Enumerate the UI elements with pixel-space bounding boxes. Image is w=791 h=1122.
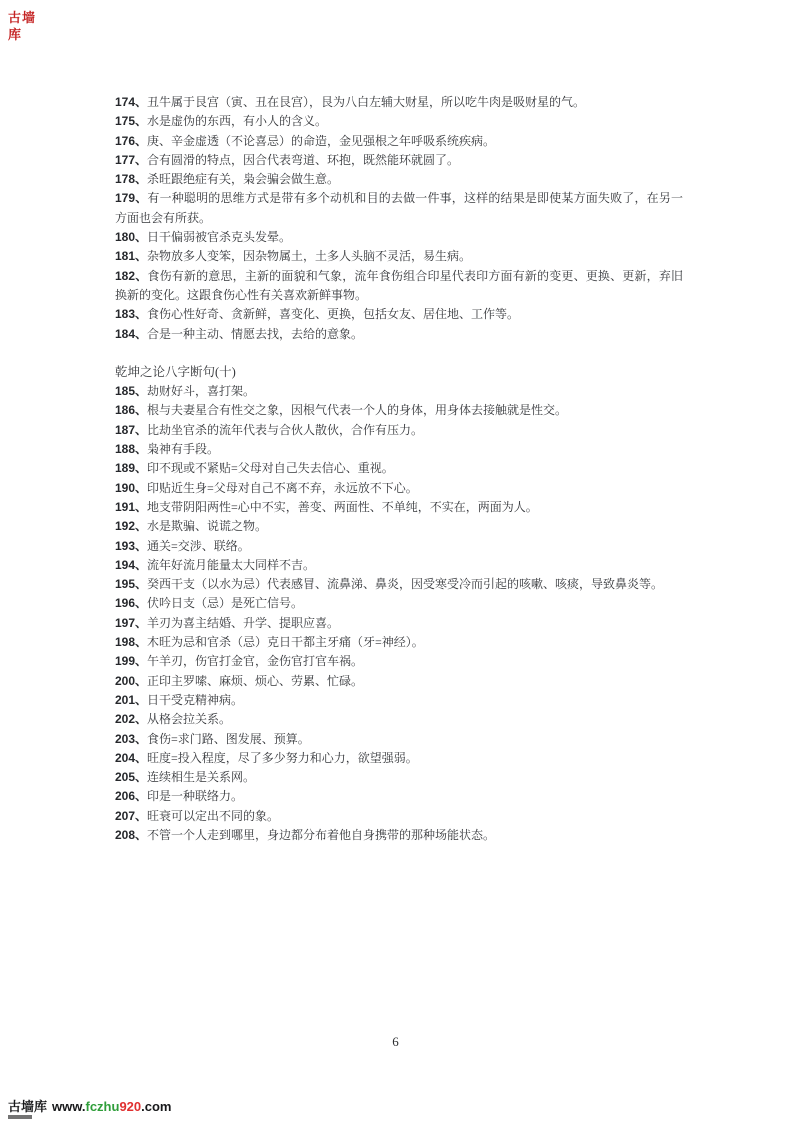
item-number: 178、 xyxy=(115,172,147,186)
list-item: 174、丑牛属于艮宫（寅、丑在艮宫），艮为八白左辅大财星，所以吃牛肉是吸财星的气… xyxy=(115,93,683,112)
list-item: 184、合是一种主动、情愿去找，去给的意象。 xyxy=(115,325,683,344)
item-text: 从格会拉关系。 xyxy=(147,712,231,726)
list-item: 194、流年好流月能量太大同样不吉。 xyxy=(115,556,683,575)
item-number: 186、 xyxy=(115,403,147,417)
item-text: 连续相生是关系网。 xyxy=(147,770,255,784)
item-number: 208、 xyxy=(115,828,147,842)
item-text: 水是欺骗、说谎之物。 xyxy=(147,519,267,533)
item-text: 印是一种联络力。 xyxy=(147,789,243,803)
list-item: 197、羊刃为喜主结婚、升学、提职应喜。 xyxy=(115,614,683,633)
item-number: 194、 xyxy=(115,558,147,572)
item-number: 176、 xyxy=(115,134,147,148)
item-number: 206、 xyxy=(115,789,147,803)
red-corner-stamp-line2: 库 xyxy=(8,26,36,43)
list-item: 203、食伤=求门路、图发展、预算。 xyxy=(115,730,683,749)
red-corner-stamp-line1: 古墙 xyxy=(8,9,36,26)
item-text: 食伤心性好奇、贪新鲜，喜变化、更换，包括女友、居住地、工作等。 xyxy=(147,307,519,321)
item-text: 劫财好斗，喜打架。 xyxy=(147,384,255,398)
item-text: 正印主罗嗦、麻烦、烦心、劳累、忙碌。 xyxy=(147,674,363,688)
list-item: 188、枭神有手段。 xyxy=(115,440,683,459)
item-text: 伏吟日支（忌）是死亡信号。 xyxy=(147,596,303,610)
watermark-site-name: 古墙库 xyxy=(8,1099,47,1114)
item-text: 食伤=求门路、图发展、预算。 xyxy=(147,732,310,746)
list-item: 177、合有圆滑的特点，因合代表弯道、环抱，既然能环就圆了。 xyxy=(115,151,683,170)
list-item: 181、杂物放多人变笨，因杂物属土，土多人头脑不灵活，易生病。 xyxy=(115,247,683,266)
list-item: 195、癸西干支（以水为忌）代表感冒、流鼻涕、鼻炎，因受寒受冷而引起的咳嗽、咳痰… xyxy=(115,575,683,594)
item-text: 流年好流月能量太大同样不吉。 xyxy=(147,558,315,572)
item-number: 175、 xyxy=(115,114,147,128)
item-text: 木旺为忌和官杀（忌）克日干都主牙痛（牙=神经）。 xyxy=(147,635,424,649)
item-number: 198、 xyxy=(115,635,147,649)
item-text: 癸西干支（以水为忌）代表感冒、流鼻涕、鼻炎，因受寒受冷而引起的咳嗽、咳痰，导致鼻… xyxy=(147,577,663,591)
item-number: 182、 xyxy=(115,269,147,283)
numbered-list-185-208: 185、劫财好斗，喜打架。186、根与夫妻星合有性交之象，因根气代表一个人的身体… xyxy=(115,382,683,845)
item-number: 187、 xyxy=(115,423,147,437)
item-number: 197、 xyxy=(115,616,147,630)
item-number: 180、 xyxy=(115,230,147,244)
item-text: 羊刃为喜主结婚、升学、提职应喜。 xyxy=(147,616,339,630)
item-number: 200、 xyxy=(115,674,147,688)
item-number: 174、 xyxy=(115,95,147,109)
item-text: 水是虚伪的东西，有小人的含义。 xyxy=(147,114,327,128)
item-number: 193、 xyxy=(115,539,147,553)
list-item: 176、庚、辛金虚透（不论喜忌）的命造，金见强根之年呼吸系统疾病。 xyxy=(115,132,683,151)
list-item: 180、日干偏弱被官杀克头发晕。 xyxy=(115,228,683,247)
list-item: 186、根与夫妻星合有性交之象，因根气代表一个人的身体，用身体去接触就是性交。 xyxy=(115,401,683,420)
watermark-url-green: fczhu xyxy=(85,1099,119,1114)
document-body: 174、丑牛属于艮宫（寅、丑在艮宫），艮为八白左辅大财星，所以吃牛肉是吸财星的气… xyxy=(115,93,683,845)
item-number: 183、 xyxy=(115,307,147,321)
red-corner-stamp: 古墙 库 xyxy=(8,9,36,43)
list-item: 200、正印主罗嗦、麻烦、烦心、劳累、忙碌。 xyxy=(115,672,683,691)
list-item: 183、食伤心性好奇、贪新鲜，喜变化、更换，包括女友、居住地、工作等。 xyxy=(115,305,683,324)
item-number: 207、 xyxy=(115,809,147,823)
item-number: 205、 xyxy=(115,770,147,784)
item-number: 195、 xyxy=(115,577,147,591)
item-number: 189、 xyxy=(115,461,147,475)
list-item: 206、印是一种联络力。 xyxy=(115,787,683,806)
item-text: 印贴近生身=父母对自己不离不弃，永远放不下心。 xyxy=(147,481,418,495)
list-item: 199、午羊刃，伤官打金官，金伤官打官车祸。 xyxy=(115,652,683,671)
item-text: 不管一个人走到哪里，身边都分布着他自身携带的那种场能状态。 xyxy=(147,828,495,842)
item-text: 通关=交涉、联络。 xyxy=(147,539,250,553)
item-number: 188、 xyxy=(115,442,147,456)
list-item: 189、印不现或不紧贴=父母对自己失去信心、重视。 xyxy=(115,459,683,478)
list-item: 204、旺度=投入程度，尽了多少努力和心力，欲望强弱。 xyxy=(115,749,683,768)
list-item: 179、有一种聪明的思维方式是带有多个动机和目的去做一件事，这样的结果是即使某方… xyxy=(115,189,683,228)
item-number: 201、 xyxy=(115,693,147,707)
item-text: 旺度=投入程度，尽了多少努力和心力，欲望强弱。 xyxy=(147,751,418,765)
item-number: 179、 xyxy=(115,191,147,205)
item-text: 根与夫妻星合有性交之象，因根气代表一个人的身体，用身体去接触就是性交。 xyxy=(147,403,567,417)
item-number: 185、 xyxy=(115,384,147,398)
item-number: 192、 xyxy=(115,519,147,533)
list-item: 187、比劫坐官杀的流年代表与合伙人散伙，合作有压力。 xyxy=(115,421,683,440)
item-text: 地支带阴阳两性=心中不实，善变、两面性、不单纯，不实在，两面为人。 xyxy=(147,500,538,514)
item-text: 杀旺跟绝症有关，枭会骗会做生意。 xyxy=(147,172,339,186)
item-text: 有一种聪明的思维方式是带有多个动机和目的去做一件事，这样的结果是即使某方面失败了… xyxy=(115,191,683,224)
item-number: 204、 xyxy=(115,751,147,765)
list-item: 192、水是欺骗、说谎之物。 xyxy=(115,517,683,536)
item-number: 199、 xyxy=(115,654,147,668)
watermark-url-red: 920 xyxy=(119,1099,141,1114)
site-watermark: 古墙库www.fczhu920.com xyxy=(8,1096,171,1114)
item-number: 203、 xyxy=(115,732,147,746)
item-text: 印不现或不紧贴=父母对自己失去信心、重视。 xyxy=(147,461,394,475)
item-text: 食伤有新的意思，主新的面貌和气象，流年食伤组合印星代表印方面有新的变更、更换、更… xyxy=(115,269,683,302)
list-item: 208、不管一个人走到哪里，身边都分布着他自身携带的那种场能状态。 xyxy=(115,826,683,845)
list-item: 185、劫财好斗，喜打架。 xyxy=(115,382,683,401)
list-item: 191、地支带阴阳两性=心中不实，善变、两面性、不单纯，不实在，两面为人。 xyxy=(115,498,683,517)
list-item: 201、日干受克精神病。 xyxy=(115,691,683,710)
item-text: 旺衰可以定出不同的象。 xyxy=(147,809,279,823)
list-item: 205、连续相生是关系网。 xyxy=(115,768,683,787)
item-text: 比劫坐官杀的流年代表与合伙人散伙，合作有压力。 xyxy=(147,423,423,437)
item-text: 合是一种主动、情愿去找，去给的意象。 xyxy=(147,327,363,341)
watermark-cutoff-fragment xyxy=(8,1115,32,1119)
item-text: 杂物放多人变笨，因杂物属土，土多人头脑不灵活，易生病。 xyxy=(147,249,471,263)
list-item: 196、伏吟日支（忌）是死亡信号。 xyxy=(115,594,683,613)
item-number: 181、 xyxy=(115,249,147,263)
item-text: 午羊刃，伤官打金官，金伤官打官车祸。 xyxy=(147,654,363,668)
item-number: 196、 xyxy=(115,596,147,610)
list-item: 193、通关=交涉、联络。 xyxy=(115,537,683,556)
section-heading: 乾坤之论八字断句(十) xyxy=(115,363,683,382)
watermark-url-tail: .com xyxy=(141,1099,171,1114)
item-number: 190、 xyxy=(115,481,147,495)
item-number: 184、 xyxy=(115,327,147,341)
list-item: 198、木旺为忌和官杀（忌）克日干都主牙痛（牙=神经）。 xyxy=(115,633,683,652)
item-text: 庚、辛金虚透（不论喜忌）的命造，金见强根之年呼吸系统疾病。 xyxy=(147,134,495,148)
item-text: 丑牛属于艮宫（寅、丑在艮宫），艮为八白左辅大财星，所以吃牛肉是吸财星的气。 xyxy=(147,95,585,109)
item-text: 枭神有手段。 xyxy=(147,442,219,456)
item-text: 日干受克精神病。 xyxy=(147,693,243,707)
watermark-url-www: www. xyxy=(52,1099,85,1114)
list-item: 182、食伤有新的意思，主新的面貌和气象，流年食伤组合印星代表印方面有新的变更、… xyxy=(115,267,683,306)
page-number: 6 xyxy=(0,1034,791,1050)
list-item: 202、从格会拉关系。 xyxy=(115,710,683,729)
item-number: 191、 xyxy=(115,500,147,514)
list-item: 175、水是虚伪的东西，有小人的含义。 xyxy=(115,112,683,131)
item-number: 177、 xyxy=(115,153,147,167)
item-text: 合有圆滑的特点，因合代表弯道、环抱，既然能环就圆了。 xyxy=(147,153,459,167)
item-text: 日干偏弱被官杀克头发晕。 xyxy=(147,230,291,244)
list-item: 190、印贴近生身=父母对自己不离不弃，永远放不下心。 xyxy=(115,479,683,498)
numbered-list-174-184: 174、丑牛属于艮宫（寅、丑在艮宫），艮为八白左辅大财星，所以吃牛肉是吸财星的气… xyxy=(115,93,683,344)
item-number: 202、 xyxy=(115,712,147,726)
list-item: 178、杀旺跟绝症有关，枭会骗会做生意。 xyxy=(115,170,683,189)
list-item: 207、旺衰可以定出不同的象。 xyxy=(115,807,683,826)
